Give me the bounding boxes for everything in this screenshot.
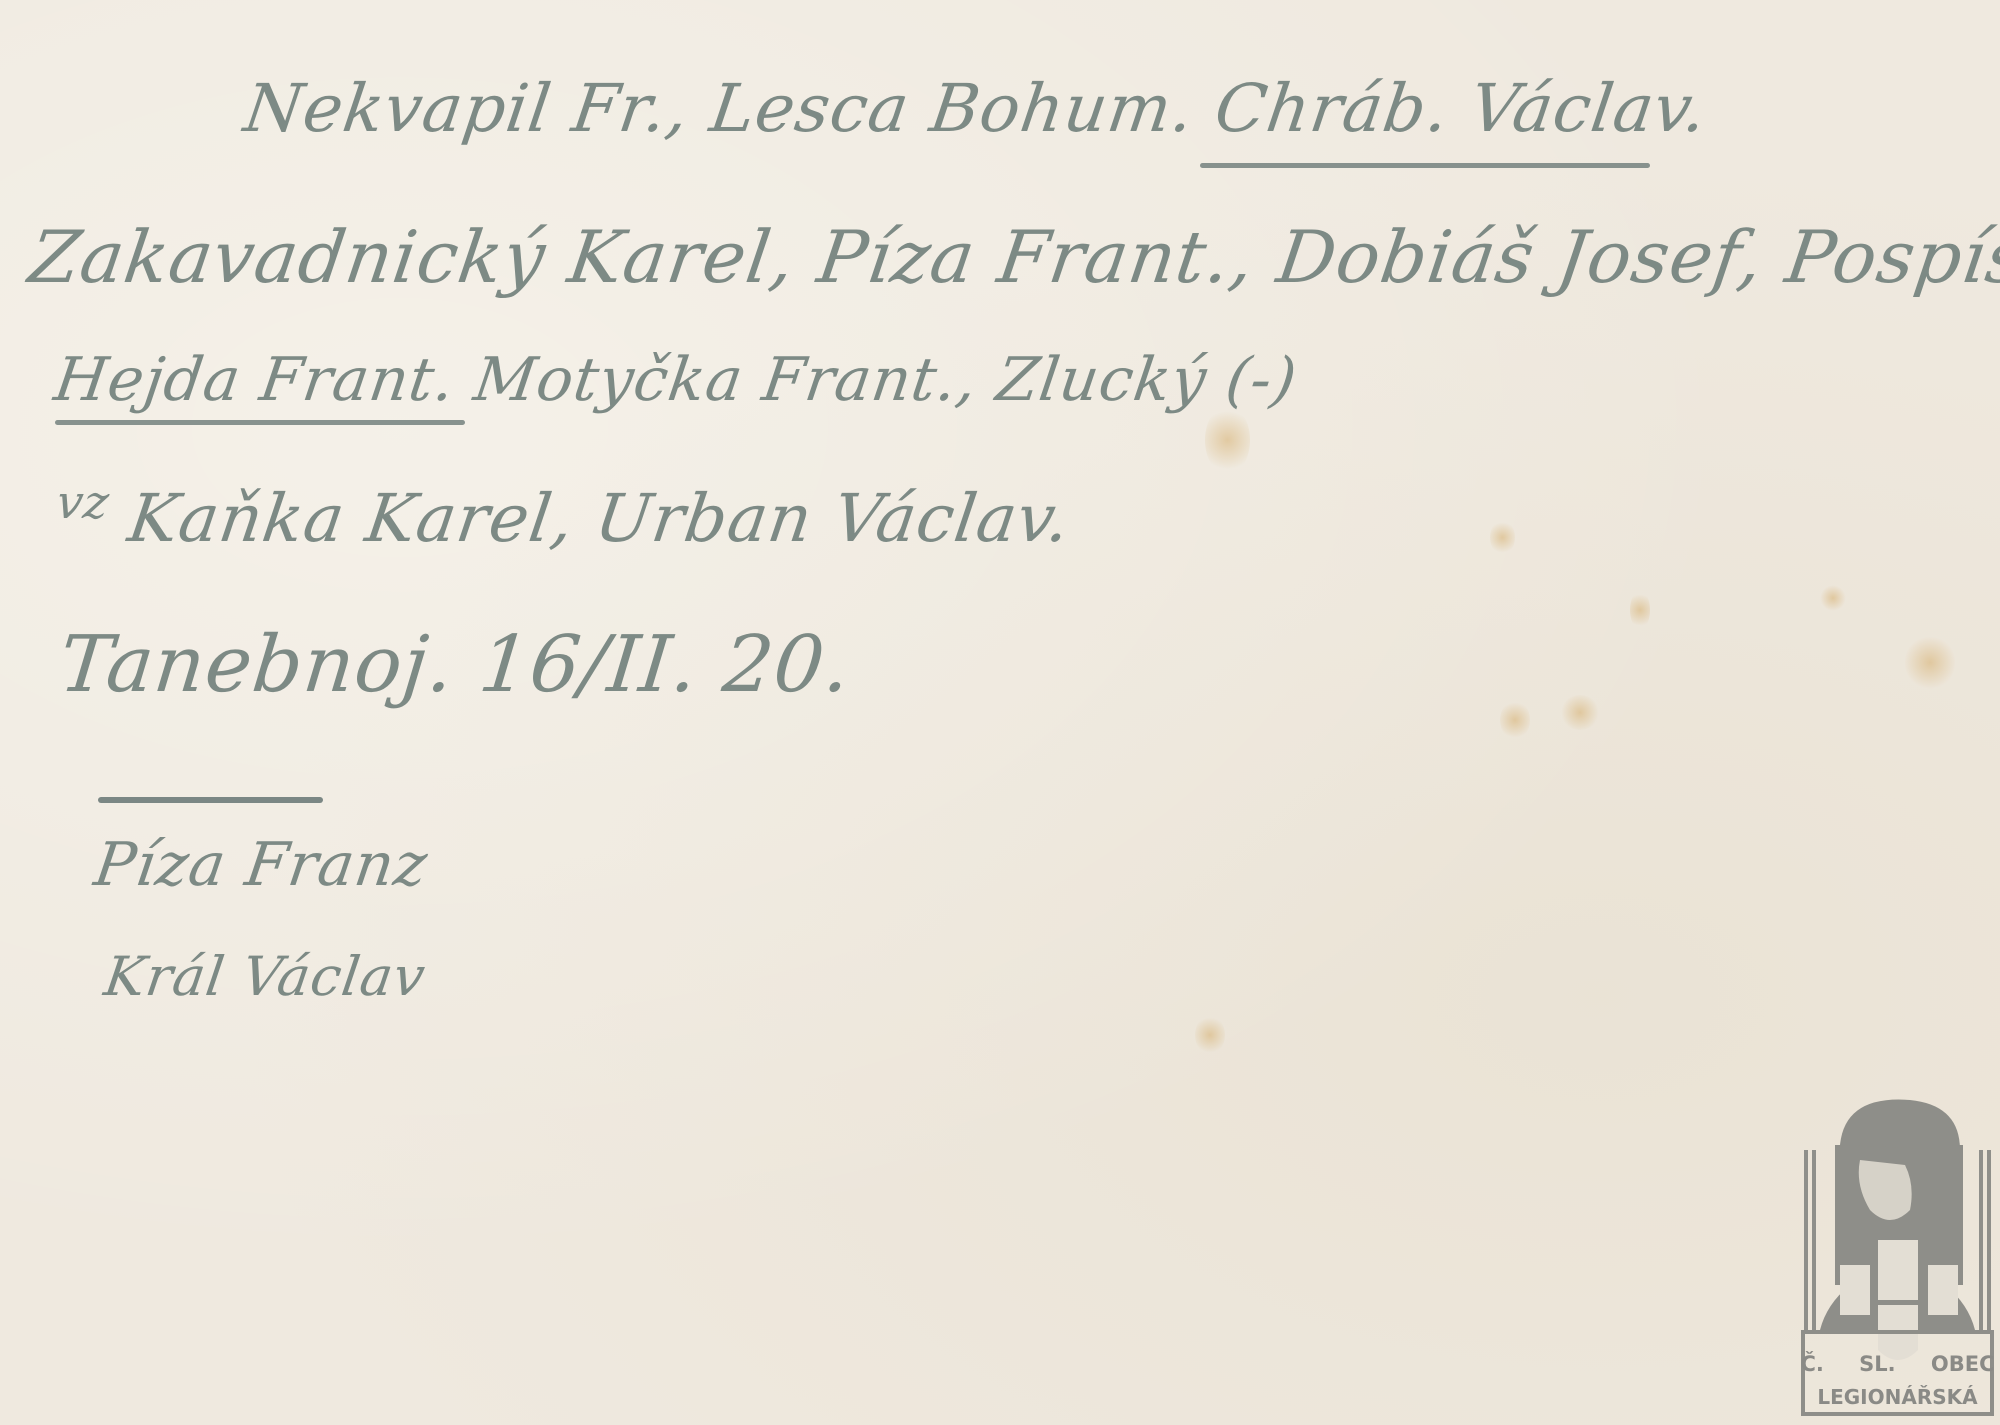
small-mark: vz — [53, 475, 113, 529]
handwritten-line-1: Nekvapil Fr., Lesca Bohum. Chráb. Václav… — [240, 70, 1713, 147]
stain — [1500, 700, 1530, 740]
stain — [1195, 1015, 1225, 1055]
signature-2: Král Václav — [101, 945, 430, 1008]
signature-separator — [98, 797, 323, 803]
stain — [1205, 405, 1250, 475]
stain — [1905, 635, 1955, 690]
handwritten-line-3: Hejda Frant. Motyčka Frant., Zlucký (-) — [50, 345, 1301, 415]
stain — [1490, 520, 1515, 555]
underline-chrab — [1200, 163, 1650, 168]
underline-hejda — [55, 420, 465, 425]
line-4-text: Kaňka Karel, Urban Václav. — [124, 480, 1076, 557]
stain — [1560, 695, 1600, 730]
handwritten-line-4: vz Kaňka Karel, Urban Václav. — [49, 475, 1076, 557]
paper-background — [0, 0, 2000, 1425]
handwritten-line-2: Zakavadnický Karel, Píza Frant., Dobiáš … — [24, 215, 2000, 299]
signature-1: Píza Franz — [90, 830, 432, 900]
logo-text-line-2: LEGIONÁŘSKÁ — [1800, 1385, 1995, 1409]
stain — [1820, 585, 1846, 611]
stain — [1630, 590, 1650, 630]
logo-text-line-1: Č. SL. OBEC — [1800, 1352, 1995, 1376]
place-date-line: Tanebnoj. 16/II. 20. — [55, 620, 855, 710]
